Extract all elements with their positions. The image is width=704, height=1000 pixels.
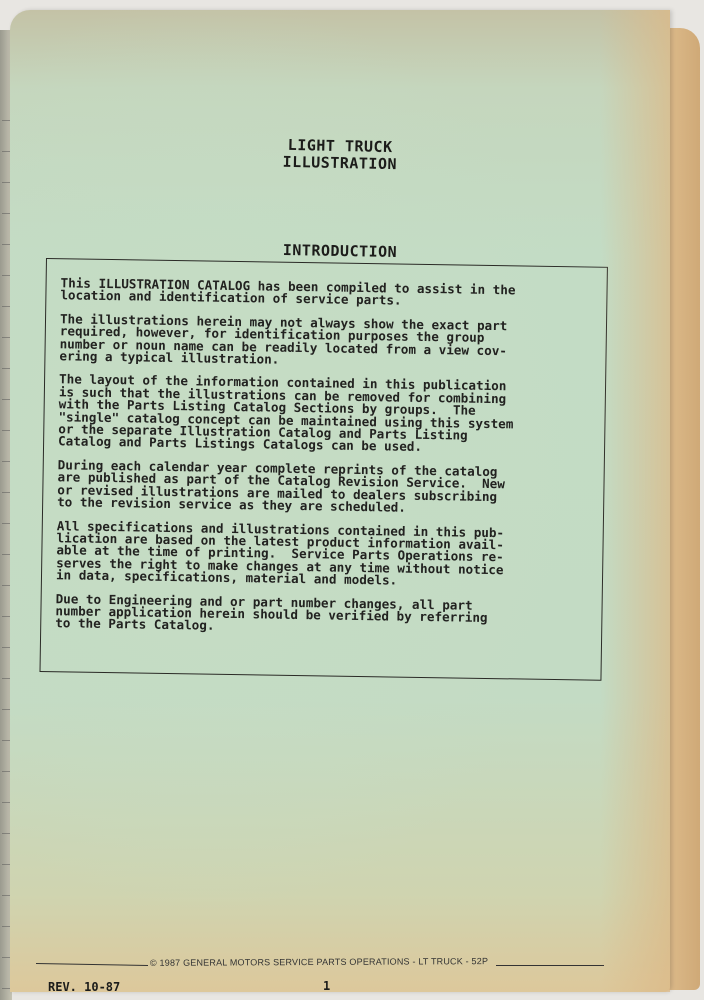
intro-paragraph-6: Due to Engineering and or part number ch… xyxy=(55,593,592,639)
intro-paragraph-2: The illustrations herein may not always … xyxy=(59,313,596,371)
binding-edge-marks xyxy=(2,90,10,990)
footer-copyright: © 1987 GENERAL MOTORS SERVICE PARTS OPER… xyxy=(150,956,488,968)
intro-paragraph-3: The layout of the information contained … xyxy=(58,374,595,457)
page-number: 1 xyxy=(323,979,330,993)
footer-rule-right xyxy=(496,965,604,966)
intro-paragraph-1: This ILLUSTRATION CATALOG has been compi… xyxy=(60,277,596,310)
intro-paragraph-4: During each calendar year complete repri… xyxy=(57,459,594,517)
intro-paragraph-5: All specifications and illustrations con… xyxy=(56,520,593,590)
document-page: LIGHT TRUCK ILLUSTRATION INTRODUCTION Th… xyxy=(10,10,670,992)
document-title: LIGHT TRUCK ILLUSTRATION xyxy=(10,131,671,179)
revision-label: REV. 10-87 xyxy=(48,980,120,994)
introduction-box: This ILLUSTRATION CATALOG has been compi… xyxy=(39,258,607,681)
footer-rule-left xyxy=(36,963,148,966)
